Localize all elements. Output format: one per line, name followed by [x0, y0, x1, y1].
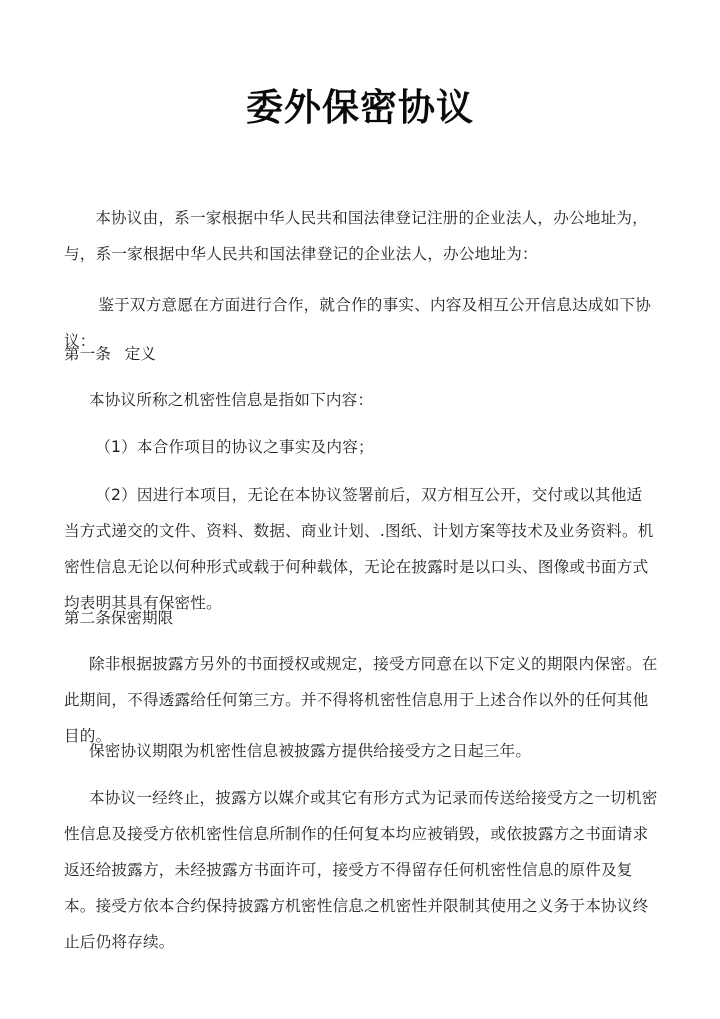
article-2-heading: 第二条保密期限 [64, 600, 173, 636]
article-2-number: 第二条 [64, 609, 111, 627]
article-1-number: 第一条 [64, 345, 111, 363]
article-1-paragraph-1: 本协议所称之机密性信息是指如下内容： [64, 382, 658, 418]
article-1-item-1: （1）本合作项目的协议之事实及内容； [64, 429, 658, 465]
intro-paragraph: 本协议由，系一家根据中华人民共和国法律登记注册的企业法人，办公地址为，与，系一家… [64, 200, 658, 272]
article-2-paragraph-3: 本协议一经终止，披露方以媒介或其它有形方式为记录而传送给接受方之一切机密性信息及… [64, 780, 658, 960]
article-2-title: 保密期限 [111, 609, 173, 627]
document-page: 委外保密协议 本协议由，系一家根据中华人民共和国法律登记注册的企业法人，办公地址… [0, 0, 720, 1019]
document-title: 委外保密协议 [0, 84, 720, 132]
article-2-paragraph-2: 保密协议期限为机密性信息被披露方提供给接受方之日起三年。 [64, 733, 658, 769]
article-1-heading: 第一条定义 [64, 336, 156, 372]
article-1-title: 定义 [125, 345, 156, 363]
